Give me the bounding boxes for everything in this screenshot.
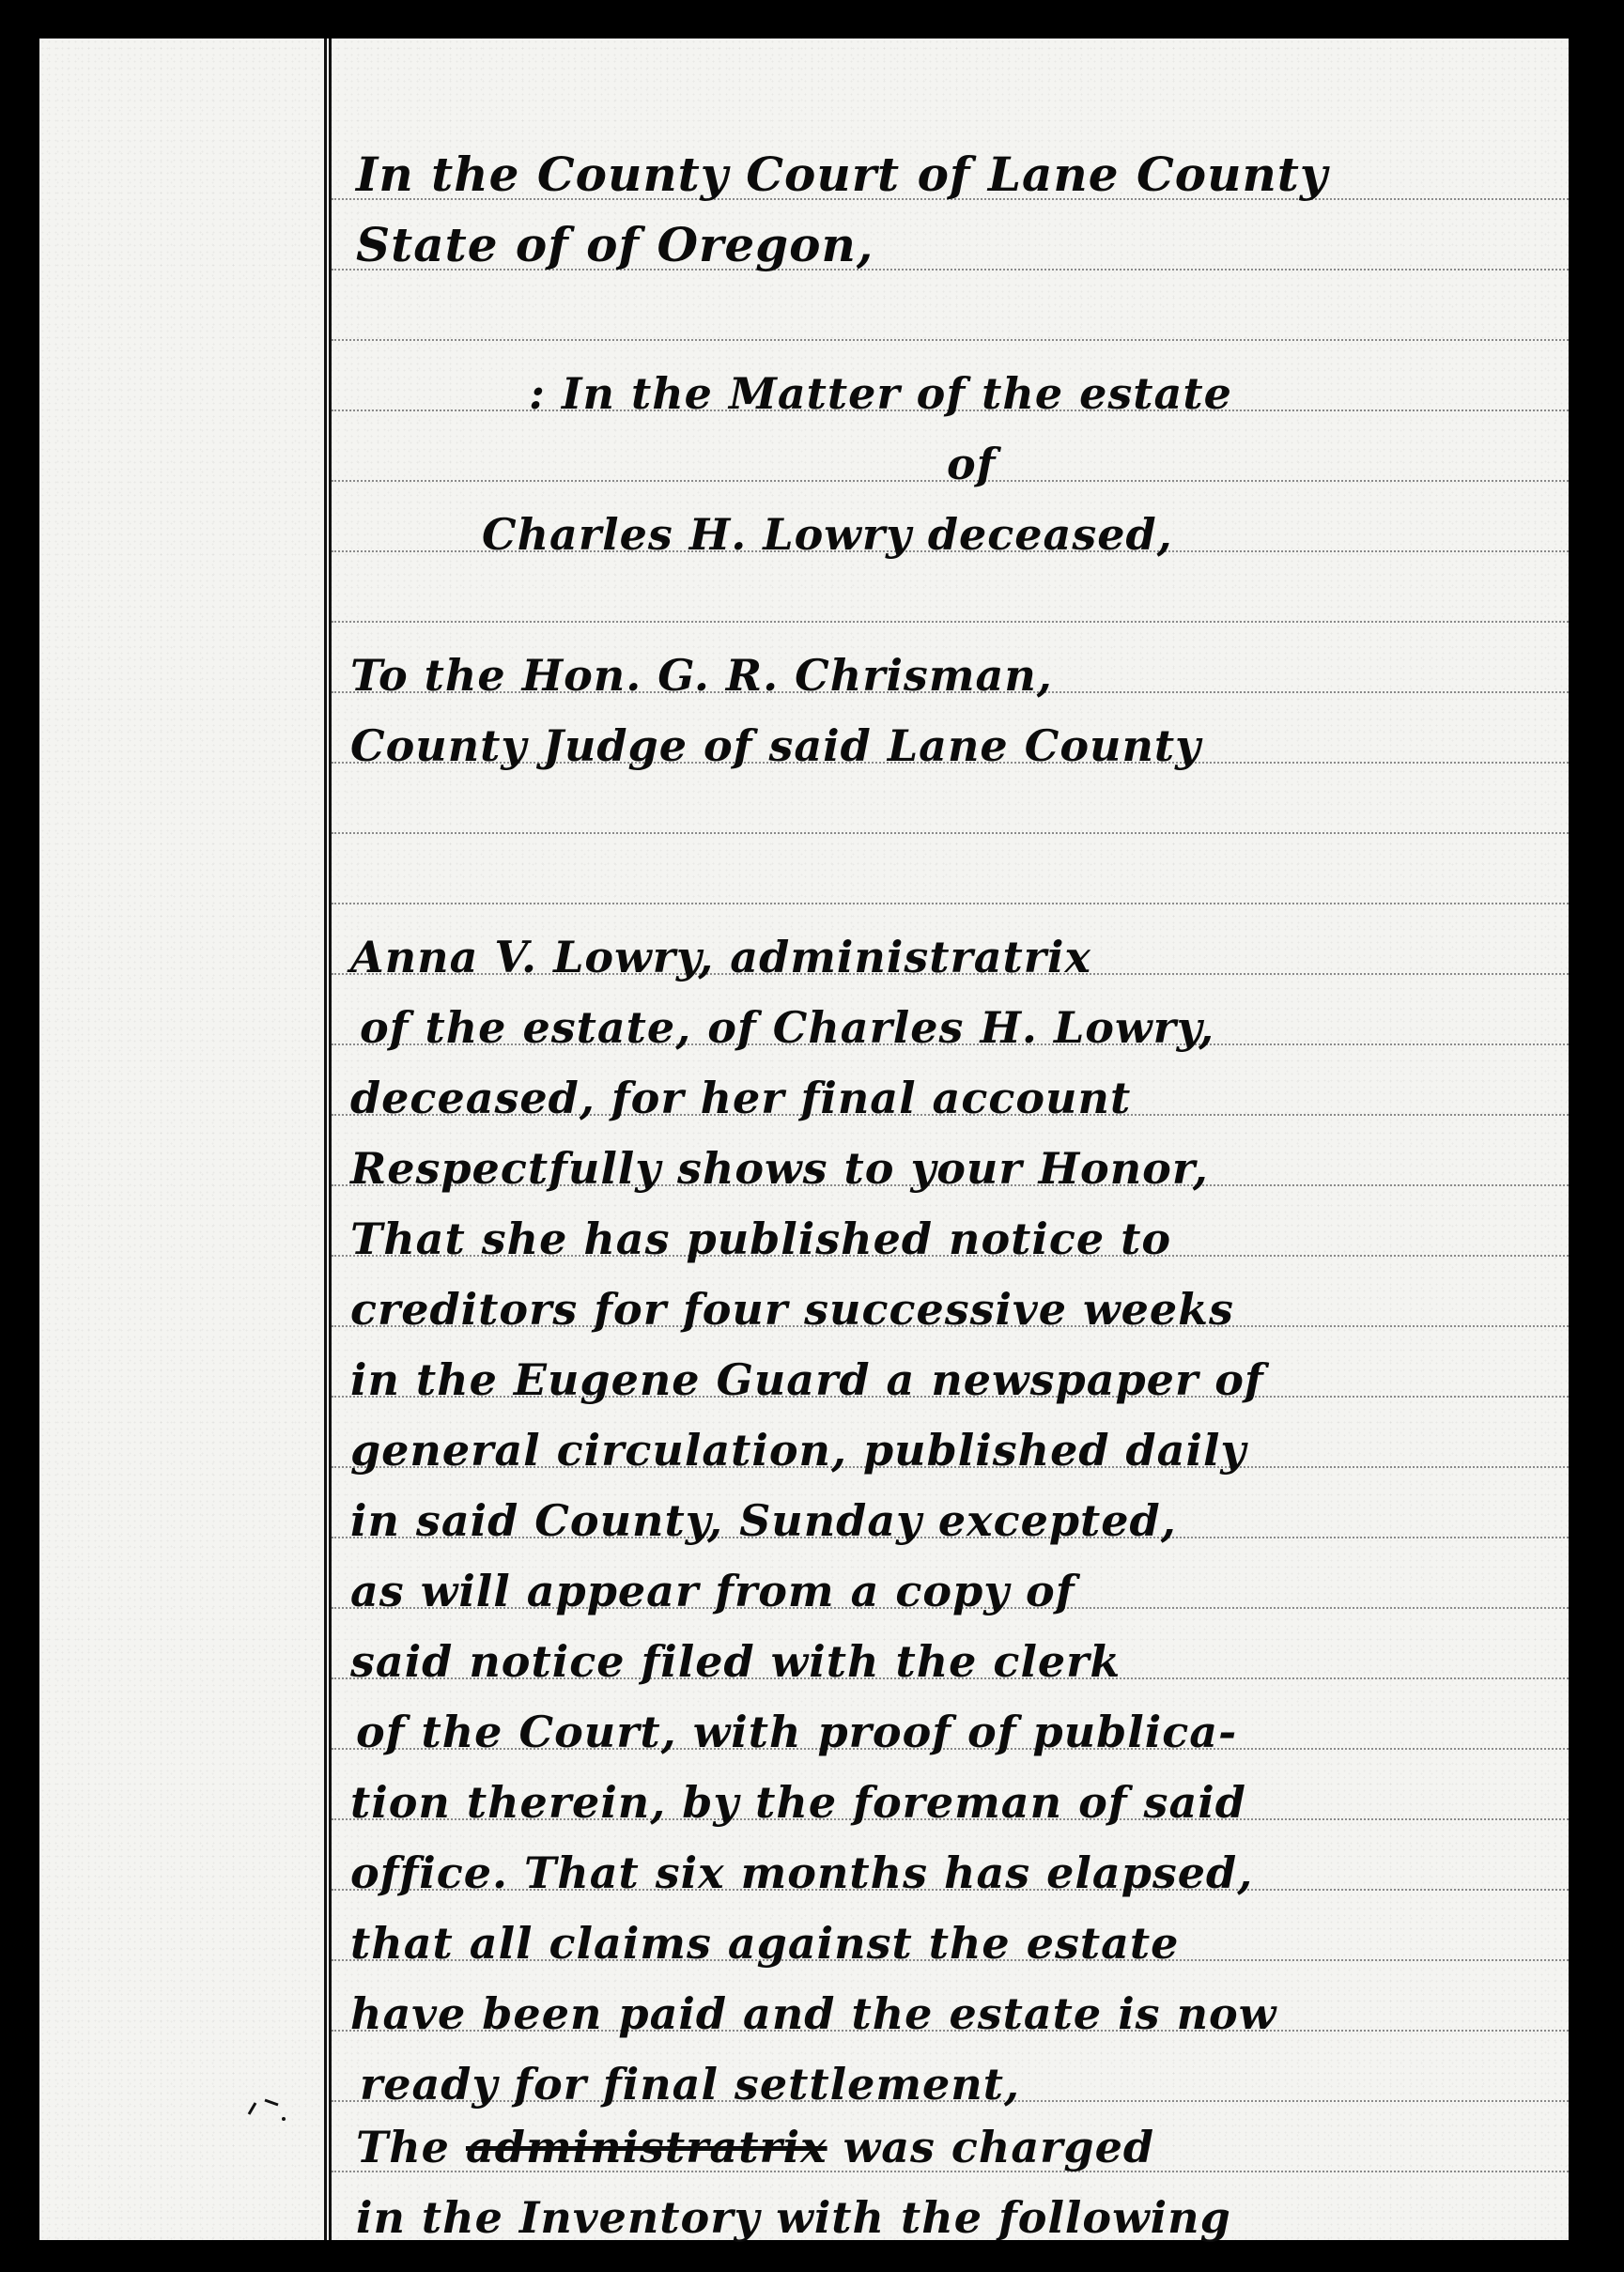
body-line: in the Eugene Guard a newspaper of: [350, 1358, 1264, 1401]
body-line: in said County, Sunday excepted,: [350, 1499, 1177, 1542]
body-line: Anna V. Lowry, administratrix: [350, 935, 1091, 979]
final-para-prefix: The: [356, 2122, 450, 2172]
struck-word: administratrix: [466, 2122, 827, 2172]
rule-line: [332, 339, 1569, 341]
court-heading-line-1: In the County Court of Lane County: [356, 151, 1328, 198]
caption-decedent-line: Charles H. Lowry deceased,: [482, 513, 1173, 556]
address-line-2: County Judge of said Lane County: [350, 724, 1201, 767]
body-line: That she has published notice to: [350, 1217, 1171, 1260]
final-paragraph-line-1: The administratrix was charged: [356, 2125, 1154, 2169]
caption-of-line: of: [947, 442, 996, 486]
body-line: general circulation, published daily: [350, 1429, 1246, 1472]
body-line: deceased, for her final account: [350, 1076, 1131, 1120]
body-line: of the estate, of Charles H. Lowry,: [360, 1006, 1214, 1049]
body-line: creditors for four successive weeks: [350, 1288, 1234, 1331]
double-margin-rule: [324, 39, 332, 2240]
court-heading-line-2: State of of Oregon,: [356, 222, 874, 269]
body-line: ready for final settlement,: [360, 2063, 1020, 2106]
body-line: tion therein, by the foreman of said: [350, 1781, 1246, 1824]
body-line: as will appear from a copy of: [350, 1569, 1075, 1613]
body-line: that all claims against the estate: [350, 1922, 1179, 1965]
ruled-writing-area: In the County Court of Lane County State…: [332, 39, 1569, 2240]
body-line: office. That six months has elapsed,: [350, 1851, 1253, 1894]
body-line: have been paid and the estate is now: [350, 1992, 1276, 2035]
document-page: In the County Court of Lane County State…: [39, 39, 1569, 2240]
rule-line: [332, 621, 1569, 623]
final-paragraph-line-2: in the Inventory with the following: [356, 2196, 1231, 2239]
rule-line: [332, 832, 1569, 834]
left-margin-column: [39, 39, 324, 2240]
caption-matter-line: : In the Matter of the estate: [529, 372, 1232, 415]
body-line: of the Court, with proof of publica-: [356, 1710, 1237, 1754]
body-line: Respectfully shows to your Honor,: [350, 1147, 1209, 1190]
final-para-suffix: was charged: [843, 2122, 1154, 2172]
body-line: said notice filed with the clerk: [350, 1640, 1121, 1683]
rule-line: [332, 903, 1569, 904]
address-line-1: To the Hon. G. R. Chrisman,: [350, 654, 1053, 697]
stray-ink-marks-icon: [244, 2095, 291, 2124]
